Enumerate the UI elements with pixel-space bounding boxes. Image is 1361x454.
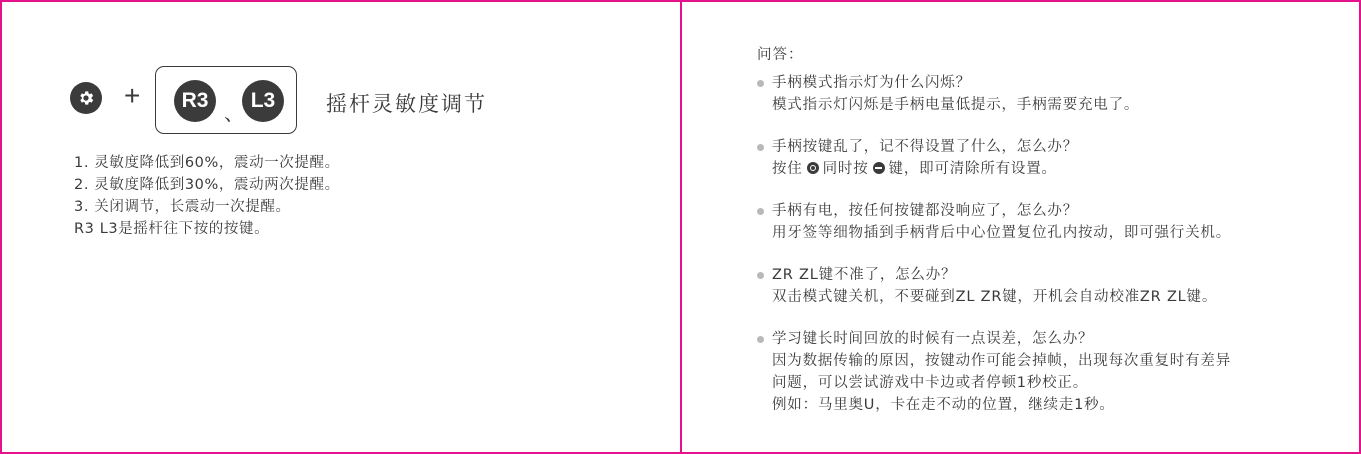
section-title: 摇杆灵敏度调节 bbox=[326, 88, 487, 118]
qa-answer-line: 例如：马里奥U，卡在走不动的位置，继续走1秒。 bbox=[772, 394, 1231, 416]
qa-question: 手柄按键乱了，记不得设置了什么，怎么办？ bbox=[772, 136, 1231, 158]
gear-icon bbox=[70, 82, 102, 114]
qa-title: 问答： bbox=[757, 43, 804, 64]
answer-text: 键，即可清除所有设置。 bbox=[889, 161, 1057, 177]
qa-answer: 用牙签等细物插到手柄背后中心位置复位孔内按动，即可强行关机。 bbox=[772, 222, 1231, 244]
gear-icon bbox=[807, 162, 819, 174]
bullet-icon bbox=[757, 80, 764, 87]
qa-item: 手柄按键乱了，记不得设置了什么，怎么办？ 按住同时按键，即可清除所有设置。 bbox=[757, 136, 1231, 180]
qa-list: 手柄模式指示灯为什么闪烁？ 模式指示灯闪烁是手柄电量低提示，手柄需要充电了。 手… bbox=[757, 72, 1231, 436]
plus-sign: + bbox=[124, 80, 140, 112]
stick-keys-box: R3 、 L3 bbox=[155, 66, 297, 134]
note-line: 2. 灵敏度降低到30%，震动两次提醒。 bbox=[74, 174, 340, 196]
sensitivity-notes: 1. 灵敏度降低到60%，震动一次提醒。 2. 灵敏度降低到30%，震动两次提醒… bbox=[74, 152, 340, 240]
bullet-icon bbox=[757, 144, 764, 151]
qa-item: 手柄模式指示灯为什么闪烁？ 模式指示灯闪烁是手柄电量低提示，手柄需要充电了。 bbox=[757, 72, 1231, 116]
qa-question: 手柄有电，按任何按键都没响应了，怎么办？ bbox=[772, 200, 1231, 222]
qa-question: 手柄模式指示灯为什么闪烁？ bbox=[772, 72, 1231, 94]
r3-key-icon: R3 bbox=[174, 80, 216, 122]
note-line: R3 L3是摇杆往下按的按键。 bbox=[74, 218, 340, 240]
answer-text: 按住 bbox=[772, 161, 803, 177]
bullet-icon bbox=[757, 336, 764, 343]
note-line: 3. 关闭调节，长震动一次提醒。 bbox=[74, 196, 340, 218]
minus-icon bbox=[873, 162, 885, 174]
bullet-icon bbox=[757, 208, 764, 215]
qa-question: ZR ZL键不准了，怎么办？ bbox=[772, 264, 1231, 286]
gear-glyph bbox=[77, 89, 95, 107]
qa-answer: 按住同时按键，即可清除所有设置。 bbox=[772, 158, 1231, 180]
answer-text: 同时按 bbox=[823, 161, 869, 177]
l3-key-icon: L3 bbox=[242, 80, 284, 122]
qa-item: 学习键长时间回放的时候有一点误差，怎么办？ 因为数据传输的原因，按键动作可能会掉… bbox=[757, 328, 1231, 416]
right-panel: 问答： 手柄模式指示灯为什么闪烁？ 模式指示灯闪烁是手柄电量低提示，手柄需要充电… bbox=[682, 0, 1361, 454]
note-line: 1. 灵敏度降低到60%，震动一次提醒。 bbox=[74, 152, 340, 174]
qa-answer-line: 因为数据传输的原因，按键动作可能会掉帧，出现每次重复时有差异 bbox=[772, 350, 1231, 372]
left-panel: + R3 、 L3 摇杆灵敏度调节 1. 灵敏度降低到60%，震动一次提醒。 2… bbox=[0, 0, 680, 454]
button-combo: + R3 、 L3 摇杆灵敏度调节 bbox=[68, 66, 588, 134]
qa-answer-line: 问题，可以尝试游戏中卡边或者停顿1秒校正。 bbox=[772, 372, 1231, 394]
qa-answer: 双击模式键关机，不要碰到ZL ZR键，开机会自动校准ZR ZL键。 bbox=[772, 286, 1231, 308]
qa-item: 手柄有电，按任何按键都没响应了，怎么办？ 用牙签等细物插到手柄背后中心位置复位孔… bbox=[757, 200, 1231, 244]
bullet-icon bbox=[757, 272, 764, 279]
qa-item: ZR ZL键不准了，怎么办？ 双击模式键关机，不要碰到ZL ZR键，开机会自动校… bbox=[757, 264, 1231, 308]
separator-mark: 、 bbox=[224, 97, 244, 126]
qa-question: 学习键长时间回放的时候有一点误差，怎么办？ bbox=[772, 328, 1231, 350]
qa-answer: 模式指示灯闪烁是手柄电量低提示，手柄需要充电了。 bbox=[772, 94, 1231, 116]
